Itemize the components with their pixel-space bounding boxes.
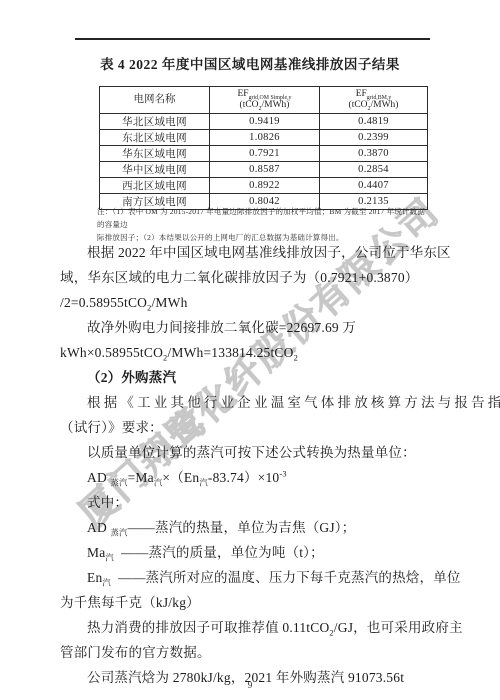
grid-name-cell: 华中区域电网 (100, 162, 210, 178)
document-page: 厦门翔鹭化纤股份有限公司 表 4 2022 年度中国区域电网基准线排放因子结果 … (0, 0, 500, 700)
bm-value-cell: 0.2854 (320, 162, 428, 178)
formula-line: AD 蒸汽=Ma汽×（En汽-83.74）×10-3 (60, 465, 444, 490)
om-value-cell: 0.8587 (210, 162, 320, 178)
emission-factor-table: 电网名称 EFgrid,OM Simple,y(tCO2/MWh) EFgrid… (99, 86, 428, 210)
body-line: En汽 ——蒸汽所对应的温度、压力下每千克蒸汽的热焓，单位 (60, 565, 444, 590)
bm-value-cell: 0.3870 (320, 146, 428, 162)
om-value-cell: 0.8922 (210, 178, 320, 194)
body-line: 热力消费的排放因子可取推荐值 0.11tCO2/GJ，也可采用政府主 (60, 615, 444, 640)
footnote-line: 注：（1）表中 OM 为 2015-2017 年电量边际排放因子的加权平均值；B… (97, 205, 429, 231)
table-title: 表 4 2022 年度中国区域电网基准线排放因子结果 (0, 53, 500, 73)
body-line: （试行）》要求： (60, 415, 444, 440)
body-line: /2=0.58955tCO2/MWh (60, 290, 444, 315)
body-line: 为千焦每千克（kJ/kg） (60, 590, 444, 615)
body-line: Ma汽 ——蒸汽的质量，单位为吨（t）； (60, 540, 444, 565)
page-number: 9 (0, 680, 500, 690)
om-value-cell: 0.9419 (210, 114, 320, 130)
table-row: 东北区域电网 1.0826 0.2399 (100, 130, 428, 146)
om-value-cell: 0.7921 (210, 146, 320, 162)
table-header-row: 电网名称 EFgrid,OM Simple,y(tCO2/MWh) EFgrid… (100, 87, 428, 114)
grid-name-cell: 华东区域电网 (100, 146, 210, 162)
body-line: 根据《工业其他行业企业温室气体排放核算方法与报告指南 (60, 390, 444, 415)
col-header-bm-factor: EFgrid,BM,y(tCO2/MWh) (320, 87, 428, 114)
om-value-cell: 1.0826 (210, 130, 320, 146)
col-header-grid-name: 电网名称 (100, 87, 210, 114)
col-header-om-factor: EFgrid,OM Simple,y(tCO2/MWh) (210, 87, 320, 114)
table-row: 华东区域电网 0.7921 0.3870 (100, 146, 428, 162)
body-line: 管部门发布的官方数据。 (60, 640, 444, 665)
body-line: 域，华东区域的电力二氧化碳排放因子为（0.7921+0.3870） (60, 265, 444, 290)
bm-value-cell: 0.4819 (320, 114, 428, 130)
body-line: kWh×0.58955tCO2/MWh=133814.25tCO2 (60, 340, 444, 365)
body-line: 根据 2022 年中国区域电网基准线排放因子，公司位于华东区 (60, 240, 444, 265)
table-row: 西北区域电网 0.8922 0.4407 (100, 178, 428, 194)
body-line: AD 蒸汽——蒸汽的热量，单位为吉焦（GJ）； (60, 515, 444, 540)
body-line: 故净外购电力间接排放二氧化碳=22697.69 万 (60, 315, 444, 340)
bm-value-cell: 0.4407 (320, 178, 428, 194)
table-row: 华中区域电网 0.8587 0.2854 (100, 162, 428, 178)
section-heading: （2）外购蒸汽 (60, 365, 444, 390)
body-line: 以质量单位计算的蒸汽可按下述公式转换为热量单位： (60, 440, 444, 465)
grid-name-cell: 西北区域电网 (100, 178, 210, 194)
page-header-rule (75, 38, 430, 40)
body-text: 根据 2022 年中国区域电网基准线排放因子，公司位于华东区 域，华东区域的电力… (60, 240, 444, 690)
grid-name-cell: 东北区域电网 (100, 130, 210, 146)
table-footnote: 注：（1）表中 OM 为 2015-2017 年电量边际排放因子的加权平均值；B… (97, 205, 429, 244)
bm-value-cell: 0.2399 (320, 130, 428, 146)
body-line: 式中： (60, 490, 444, 515)
table-row: 华北区域电网 0.9419 0.4819 (100, 114, 428, 130)
grid-name-cell: 华北区域电网 (100, 114, 210, 130)
